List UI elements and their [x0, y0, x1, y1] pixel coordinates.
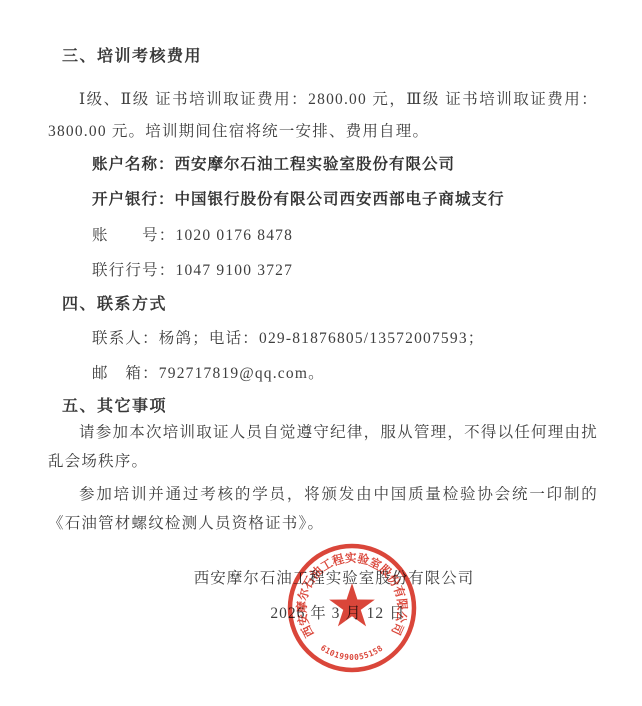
section-contact-heading: 四、联系方式: [62, 294, 167, 316]
bank-name-line: 开户银行：中国银行股份有限公司西安西部电子商城支行: [92, 190, 505, 209]
seal-star-icon: [329, 583, 375, 626]
section-other-heading: 五、其它事项: [62, 396, 167, 418]
document-page: 三、培训考核费用 Ⅰ级、Ⅱ级 证书培训取证费用：2800.00 元，Ⅲ级 证书培…: [0, 0, 642, 706]
section-fees-heading: 三、培训考核费用: [62, 46, 202, 68]
bank-branch-code-line: 联行行号：1047 9100 3727: [92, 261, 293, 280]
contact-email-line: 邮 箱：792717819@qq.com。: [92, 364, 325, 383]
official-seal: 西安摩尔石油工程实验室股份有限公司 6101990055158: [284, 540, 420, 676]
account-number-line: 账 号：1020 0176 8478: [92, 226, 293, 245]
seal-serial-number-textpath: 6101990055158: [319, 643, 385, 662]
account-name-line: 账户名称：西安摩尔石油工程实验室股份有限公司: [92, 155, 455, 174]
other-paragraph-certificate: 参加培训并通过考核的学员，将颁发由中国质量检验协会统一印制的《石油管材螺纹检测人…: [48, 480, 598, 538]
seal-serial-number-text: 6101990055158: [319, 643, 385, 662]
fees-paragraph: Ⅰ级、Ⅱ级 证书培训取证费用：2800.00 元，Ⅲ级 证书培训取证费用：380…: [48, 84, 598, 148]
contact-person-phone-line: 联系人：杨鸽；电话：029-81876805/13572007593；: [92, 329, 484, 348]
other-paragraph-discipline: 请参加本次培训取证人员自觉遵守纪律，服从管理，不得以任何理由扰乱会场秩序。: [48, 418, 598, 476]
